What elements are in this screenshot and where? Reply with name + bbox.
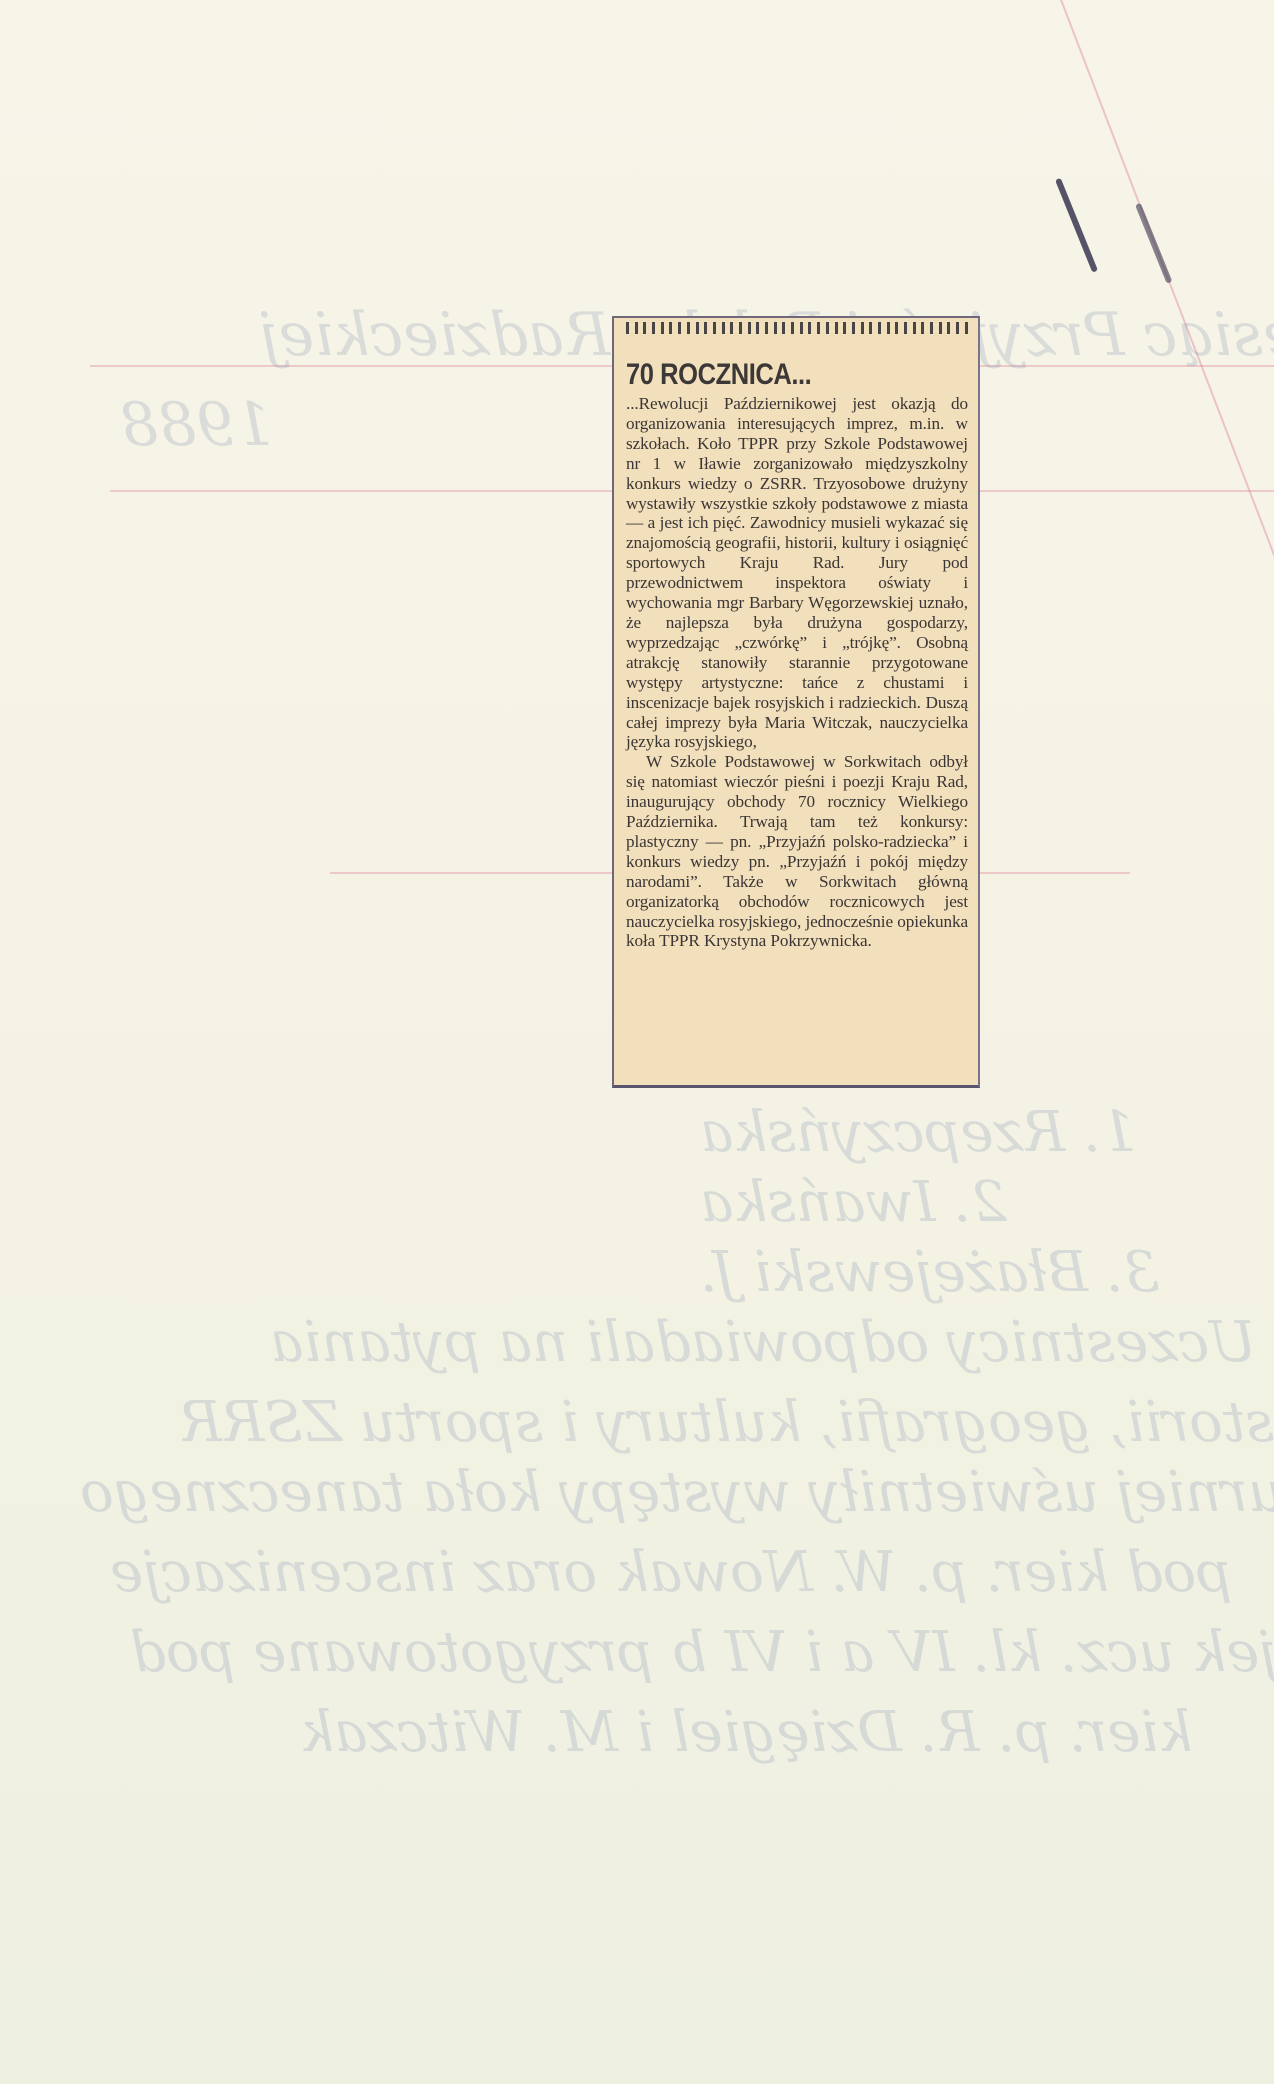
bleed-text: pod kier. p. W. Nowak oraz inscenizacje bbox=[110, 1540, 1232, 1605]
bleed-text: 1988 bbox=[120, 390, 273, 460]
clipping-body: ...Rewolucji Październikowej jest okazją… bbox=[626, 394, 968, 951]
bleed-text: Uczestnicy odpowiadali na pytania bbox=[270, 1310, 1256, 1375]
clipping-paragraph: W Szkole Podstawowej w Sorkwitach odbył … bbox=[626, 752, 968, 951]
clipping-headline: 70 ROCZNICA... bbox=[626, 358, 917, 392]
bleed-text: 1. Rzepczyńska bbox=[700, 1100, 1137, 1165]
pen-stroke bbox=[1135, 203, 1172, 284]
perforation-edge bbox=[626, 322, 968, 336]
newspaper-clipping: 70 ROCZNICA... ...Rewolucji Październiko… bbox=[612, 316, 980, 1088]
bleed-text: historii, geografii, kultury i sportu ZS… bbox=[180, 1390, 1274, 1455]
bleed-text: kier. p. R. Dzięgiel i M. Witczak bbox=[300, 1700, 1192, 1765]
bleed-text: Turniej uświetniły występy koła taneczne… bbox=[80, 1460, 1274, 1525]
bleed-text: 3. Błażejewski J. bbox=[700, 1240, 1159, 1305]
clipping-paragraph: ...Rewolucji Październikowej jest okazją… bbox=[626, 394, 968, 752]
bleed-text: 2. Iwańska bbox=[700, 1170, 1007, 1235]
pen-stroke bbox=[1055, 178, 1098, 273]
bleed-text: bajek ucz. kl. IV a i VI b przygotowane … bbox=[130, 1620, 1274, 1685]
